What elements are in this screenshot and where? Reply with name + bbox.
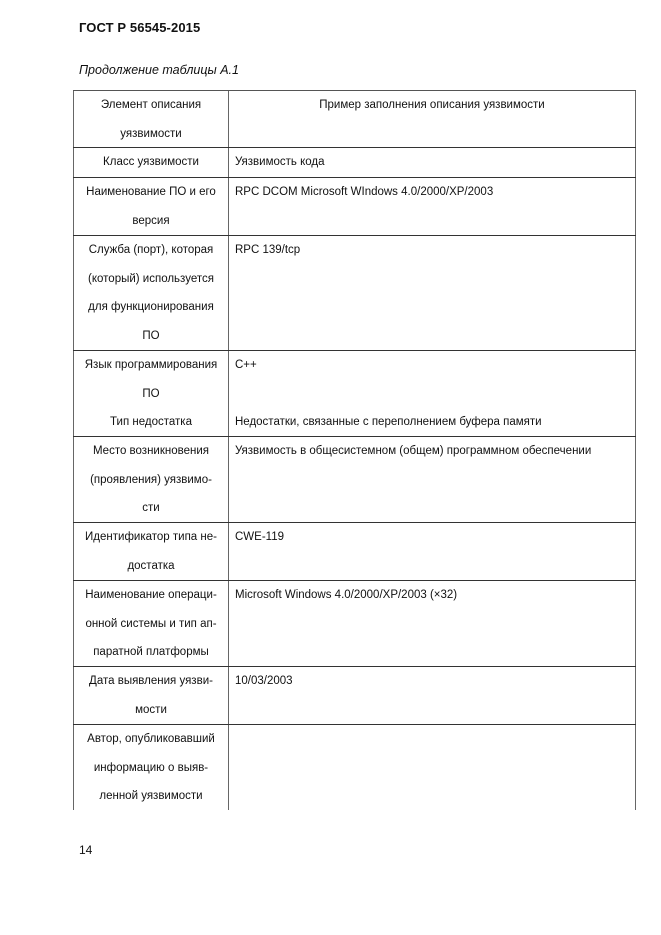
value-cell: Недостатки, связанные с переполнением бу… <box>229 408 636 436</box>
element-line: мости <box>76 696 226 725</box>
value-cell: RPC DCOM Microsoft WIndows 4.0/2000/XP/2… <box>229 178 636 235</box>
table-row: Наименование ПО и еговерсияRPC DCOM Micr… <box>73 178 636 236</box>
element-line: (проявления) уязвимо- <box>76 466 226 495</box>
element-line: Наименование операци- <box>76 581 226 610</box>
table-row: Идентификатор типа не-достаткаCWE-119 <box>73 523 636 581</box>
table-header-row: Элемент описания уязвимости Пример запол… <box>73 91 636 148</box>
element-line: онной системы и тип ап- <box>76 610 226 639</box>
header-line: Элемент описания <box>76 91 226 120</box>
element-line: ленной уязвимости <box>76 782 226 811</box>
element-cell: Тип недостатка <box>73 408 229 436</box>
column-header-element: Элемент описания уязвимости <box>73 91 229 147</box>
element-line: версия <box>76 207 226 236</box>
element-line: паратной платформы <box>76 638 226 667</box>
value-cell: C++ <box>229 351 636 408</box>
header-line: уязвимости <box>76 120 226 149</box>
element-cell: Дата выявления уязви-мости <box>73 667 229 724</box>
value-cell: RPC 139/tcp <box>229 236 636 350</box>
element-line: Язык программирования <box>76 351 226 380</box>
column-header-example: Пример заполнения описания уязвимости <box>229 91 636 147</box>
element-cell: Наименование операци-онной системы и тип… <box>73 581 229 666</box>
value-text: 10/03/2003 <box>235 667 635 696</box>
standard-designation: ГОСТ Р 56545-2015 <box>79 20 200 35</box>
table-row: Класс уязвимостиУязвимость кода <box>73 148 636 178</box>
value-text: Уязвимость кода <box>235 148 635 177</box>
table-caption: Продолжение таблицы А.1 <box>79 63 239 77</box>
table-row: Язык программированияПОC++ <box>73 351 636 408</box>
value-text: Уязвимость в общесистемном (общем) прогр… <box>235 437 635 466</box>
element-line: ПО <box>76 322 226 351</box>
value-text: Microsoft Windows 4.0/2000/XP/2003 (×32) <box>235 581 635 610</box>
table-row: Место возникновения(проявления) уязвимо-… <box>73 437 636 523</box>
value-cell: Уязвимость в общесистемном (общем) прогр… <box>229 437 636 522</box>
value-text: RPC 139/tcp <box>235 236 635 265</box>
value-text <box>235 725 635 754</box>
table-row: Автор, опубликовавшийинформацию о выяв-л… <box>73 725 636 810</box>
table-row: Тип недостаткаНедостатки, связанные с пе… <box>73 408 636 437</box>
element-cell: Наименование ПО и еговерсия <box>73 178 229 235</box>
element-line: Тип недостатка <box>76 408 226 437</box>
element-line: достатка <box>76 552 226 581</box>
value-cell <box>229 725 636 810</box>
table-row: Служба (порт), которая(который) использу… <box>73 236 636 351</box>
value-text: Недостатки, связанные с переполнением бу… <box>235 408 635 437</box>
element-line: для функционирования <box>76 293 226 322</box>
table-row: Наименование операци-онной системы и тип… <box>73 581 636 667</box>
element-line: Класс уязвимости <box>76 148 226 177</box>
element-line: Наименование ПО и его <box>76 178 226 207</box>
element-line: сти <box>76 494 226 523</box>
element-line: Автор, опубликовавший <box>76 725 226 754</box>
element-line: (который) используется <box>76 265 226 294</box>
vulnerability-description-table: Элемент описания уязвимости Пример запол… <box>73 90 636 810</box>
element-line: Место возникновения <box>76 437 226 466</box>
element-line: ПО <box>76 380 226 409</box>
value-cell: Уязвимость кода <box>229 148 636 177</box>
value-cell: Microsoft Windows 4.0/2000/XP/2003 (×32) <box>229 581 636 666</box>
value-text: RPC DCOM Microsoft WIndows 4.0/2000/XP/2… <box>235 178 635 207</box>
element-cell: Служба (порт), которая(который) использу… <box>73 236 229 350</box>
element-line: Идентификатор типа не- <box>76 523 226 552</box>
element-cell: Место возникновения(проявления) уязвимо-… <box>73 437 229 522</box>
value-cell: CWE-119 <box>229 523 636 580</box>
table-row: Дата выявления уязви-мости10/03/2003 <box>73 667 636 725</box>
value-text: CWE-119 <box>235 523 635 552</box>
element-cell: Идентификатор типа не-достатка <box>73 523 229 580</box>
value-text: C++ <box>235 351 635 380</box>
element-line: информацию о выяв- <box>76 754 226 783</box>
element-cell: Класс уязвимости <box>73 148 229 177</box>
element-line: Служба (порт), которая <box>76 236 226 265</box>
value-cell: 10/03/2003 <box>229 667 636 724</box>
element-cell: Автор, опубликовавшийинформацию о выяв-л… <box>73 725 229 810</box>
element-cell: Язык программированияПО <box>73 351 229 408</box>
header-line: Пример заполнения описания уязвимости <box>229 91 635 120</box>
element-line: Дата выявления уязви- <box>76 667 226 696</box>
page-number: 14 <box>79 843 92 857</box>
